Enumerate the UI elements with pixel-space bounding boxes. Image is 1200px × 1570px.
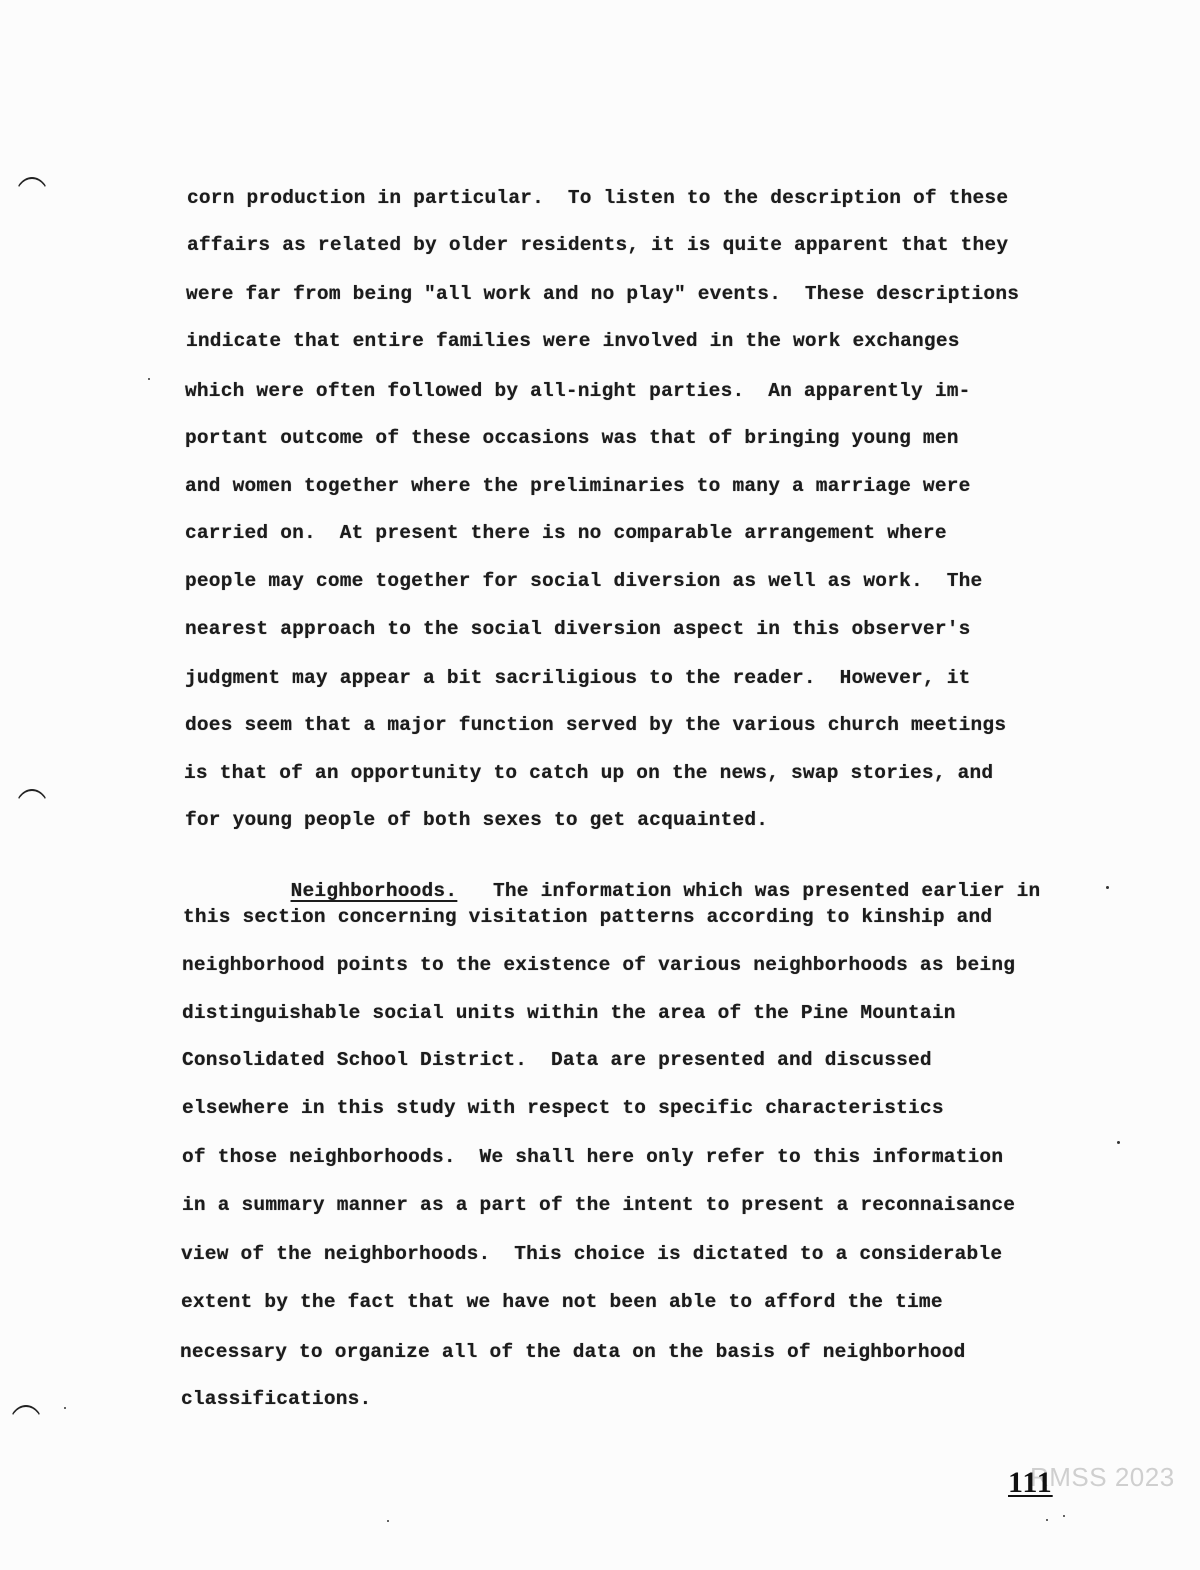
punch-hole-mark-top [14, 177, 50, 201]
text-line: judgment may appear a bit sacriligious t… [185, 667, 971, 689]
text-line: elsewhere in this study with respect to … [182, 1097, 944, 1119]
text-line: view of the neighborhoods. This choice i… [181, 1243, 1002, 1265]
scan-speck [1106, 886, 1109, 889]
text-line: carried on. At present there is no compa… [185, 522, 947, 544]
scan-speck [64, 1407, 66, 1409]
text-line: which were often followed by all-night p… [185, 380, 971, 402]
text-line: nearest approach to the social diversion… [185, 618, 971, 640]
text-line: and women together where the preliminari… [185, 475, 971, 497]
text-line: corn production in particular. To listen… [187, 187, 1008, 209]
text-line: does seem that a major function served b… [185, 714, 1006, 736]
text-line: in a summary manner as a part of the int… [182, 1194, 1015, 1216]
scan-speck [148, 378, 150, 380]
text-line: for young people of both sexes to get ac… [185, 809, 768, 831]
text-line: affairs as related by older residents, i… [187, 234, 1008, 256]
text-line: portant outcome of these occasions was t… [185, 427, 959, 449]
heading-gap [457, 880, 493, 902]
text-line: neighborhood points to the existence of … [182, 954, 1015, 976]
text-line: extent by the fact that we have not been… [181, 1291, 943, 1313]
text-line: this section concerning visitation patte… [183, 906, 992, 928]
page-number: 111 [1008, 1466, 1053, 1500]
text-line: people may come together for social dive… [185, 570, 982, 592]
heading-line-text: The information which was presented earl… [493, 880, 1041, 902]
text-line: distinguishable social units within the … [182, 1002, 956, 1024]
scan-speck [1063, 1515, 1065, 1517]
scan-speck [387, 1520, 389, 1522]
text-line: of those neighborhoods. We shall here on… [182, 1146, 1003, 1168]
text-line: indicate that entire families were invol… [186, 330, 960, 352]
punch-hole-mark-middle [14, 789, 50, 813]
text-line: classifications. [181, 1388, 371, 1410]
scan-speck [1046, 1519, 1048, 1521]
text-line: necessary to organize all of the data on… [180, 1341, 966, 1363]
punch-hole-mark-bottom [8, 1405, 44, 1429]
text-line: were far from being "all work and no pla… [186, 283, 1019, 305]
text-line: Consolidated School District. Data are p… [182, 1049, 932, 1071]
document-page: corn production in particular. To listen… [0, 0, 1200, 1570]
text-line: is that of an opportunity to catch up on… [184, 762, 993, 784]
section-heading: Neighborhoods. [291, 880, 458, 902]
scan-speck [1117, 1141, 1120, 1144]
